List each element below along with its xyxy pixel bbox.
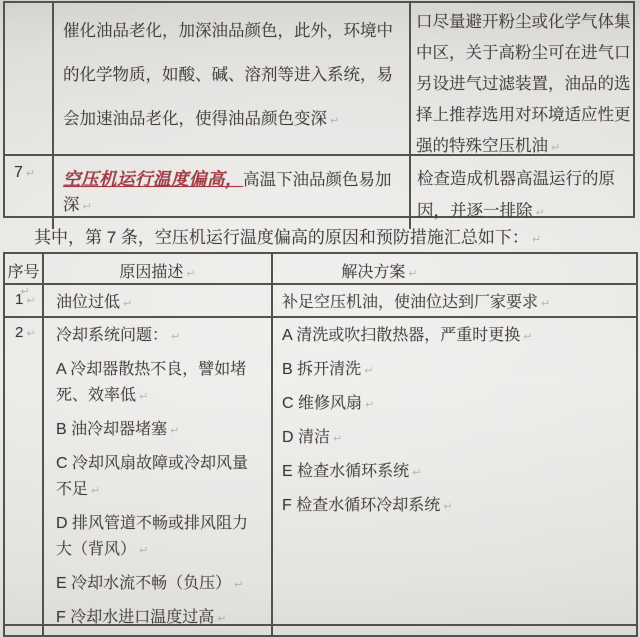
cause-cell: 空压机运行温度偏高，高温下油品颜色易加深: [54, 154, 411, 229]
row-number: 7: [14, 164, 35, 181]
row-number-cell: 1: [5, 285, 44, 318]
cause-highlight-text: 空压机运行温度偏高，: [63, 169, 243, 189]
header-cause: 原因描述: [44, 254, 273, 285]
troubleshoot-table: 催化油品老化，加深油品颜色，此外，环境中的化学物质，如酸、碱、溶剂等进入系统，易…: [3, 1, 635, 218]
cause-cell: [44, 626, 273, 635]
cause-cell: 油位过低: [44, 285, 273, 318]
header-solution: 解决方案: [273, 254, 636, 285]
solution-line: C 维修风扇: [282, 391, 632, 418]
solution-cell: 检查造成机器高温运行的原因，并逐一排除: [411, 154, 633, 229]
solution-line: D 清洁: [282, 425, 632, 452]
cause-line: 冷却系统问题：: [56, 323, 263, 350]
row-number-cell: 7: [5, 154, 54, 229]
cause-line: D 排风管道不畅或排风阻力大（背风）: [56, 511, 263, 564]
cause-line: C 冷却风扇故障或冷却风量不足: [56, 451, 263, 504]
document-photo: { "colors": { "accent_red": "#a63a44", "…: [0, 0, 640, 637]
solution-text: 检查造成机器高温运行的原因，并逐一排除: [417, 170, 615, 220]
cause-line: E 冷却水流不畅（负压）: [56, 571, 263, 598]
solution-line: A 清洗或吹扫散热器，严重时更换: [282, 323, 632, 350]
solution-cell: A 清洗或吹扫散热器，严重时更换 B 拆开清洗 C 维修风扇 D 清洁 E 检查…: [273, 318, 636, 626]
causes-table: 序号 原因描述 解决方案 1 油位过低 补足空压机油，使油位达到厂家要求 2 冷…: [3, 252, 638, 637]
solution-line: F 检查水循环冷却系统: [282, 493, 632, 520]
row-number-cell: [5, 626, 44, 635]
cause-cell: 催化油品老化，加深油品颜色，此外，环境中的化学物质，如酸、碱、溶剂等进入系统，易…: [54, 3, 411, 154]
row-number-cell: [5, 3, 54, 154]
row-number-cell: 2: [5, 318, 44, 626]
header-num: 序号: [5, 254, 44, 285]
solution-line: 补足空压机油，使油位达到厂家要求: [282, 290, 632, 317]
cause-line: 油位过低: [56, 290, 263, 317]
solution-line: E 检查水循环系统: [282, 459, 632, 486]
cause-line: A 冷却器散热不良，譬如堵死、效率低: [56, 357, 263, 410]
solution-cell: [273, 626, 636, 635]
cause-cell: 冷却系统问题： A 冷却器散热不良，譬如堵死、效率低 B 油冷却器堵塞 C 冷却…: [44, 318, 273, 626]
solution-cell: 补足空压机油，使油位达到厂家要求: [273, 285, 636, 318]
solution-line: B 拆开清洗: [282, 357, 632, 384]
cause-text: 催化油品老化，加深油品颜色，此外，环境中的化学物质，如酸、碱、溶剂等进入系统，易…: [63, 22, 393, 128]
solution-text: 口尽量避开粉尘或化学气体集中区，关于高粉尘可在进气口另设进气过滤装置，油品的选择…: [416, 13, 631, 155]
solution-cell: 口尽量避开粉尘或化学气体集中区，关于高粉尘可在进气口另设进气过滤装置，油品的选择…: [411, 3, 633, 154]
summary-paragraph: 其中，第 7 条，空压机运行温度偏高的原因和预防措施汇总如下：: [6, 226, 636, 252]
cause-line: B 油冷却器堵塞: [56, 417, 263, 444]
